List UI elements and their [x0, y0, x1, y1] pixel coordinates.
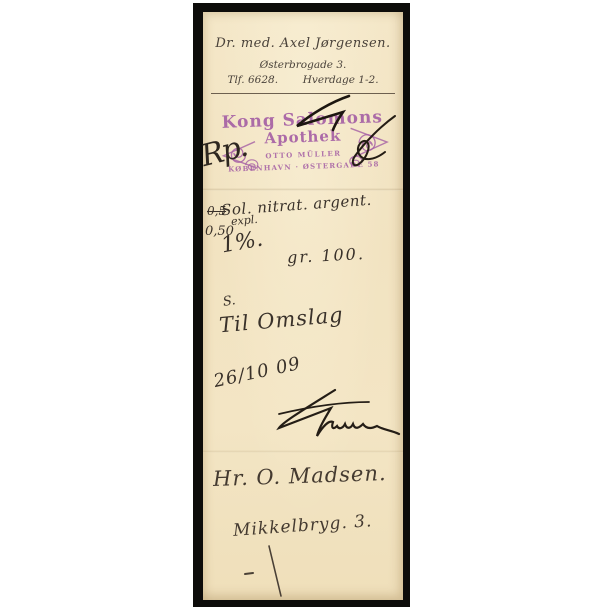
- handwritten-patient-name: Hr. O. Madsen.: [213, 461, 387, 491]
- paper-crease: [203, 188, 403, 191]
- letterhead-hours: Hverdage 1-2.: [303, 74, 379, 86]
- handwritten-dose-first: 0,5: [207, 204, 226, 218]
- handwritten-dose-note: expl.: [230, 213, 258, 228]
- handwritten-signa-text: Til Omslag: [218, 303, 344, 338]
- scanner-background: Dr. med. Axel Jørgensen. Østerbrogade 3.…: [193, 3, 410, 607]
- letterhead-doctor-name: Dr. med. Axel Jørgensen.: [203, 36, 403, 51]
- doctor-signature-scribble: [273, 384, 405, 446]
- ink-flourish-scribble: [331, 112, 401, 174]
- handwritten-quantity: gr. 100.: [287, 244, 366, 267]
- stray-pen-strokes: [243, 544, 299, 600]
- handwritten-signa-abbrev: S.: [222, 293, 237, 310]
- prescription-paper: Dr. med. Axel Jørgensen. Østerbrogade 3.…: [203, 12, 403, 600]
- paper-crease: [203, 450, 403, 453]
- letterhead-address: Østerbrogade 3.: [203, 59, 403, 71]
- letterhead-phone-hours: Tlf. 6628. Hverdage 1-2.: [203, 74, 403, 86]
- letterhead-phone: Tlf. 6628.: [227, 74, 278, 86]
- handwritten-patient-address: Mikkelbryg. 3.: [232, 511, 373, 541]
